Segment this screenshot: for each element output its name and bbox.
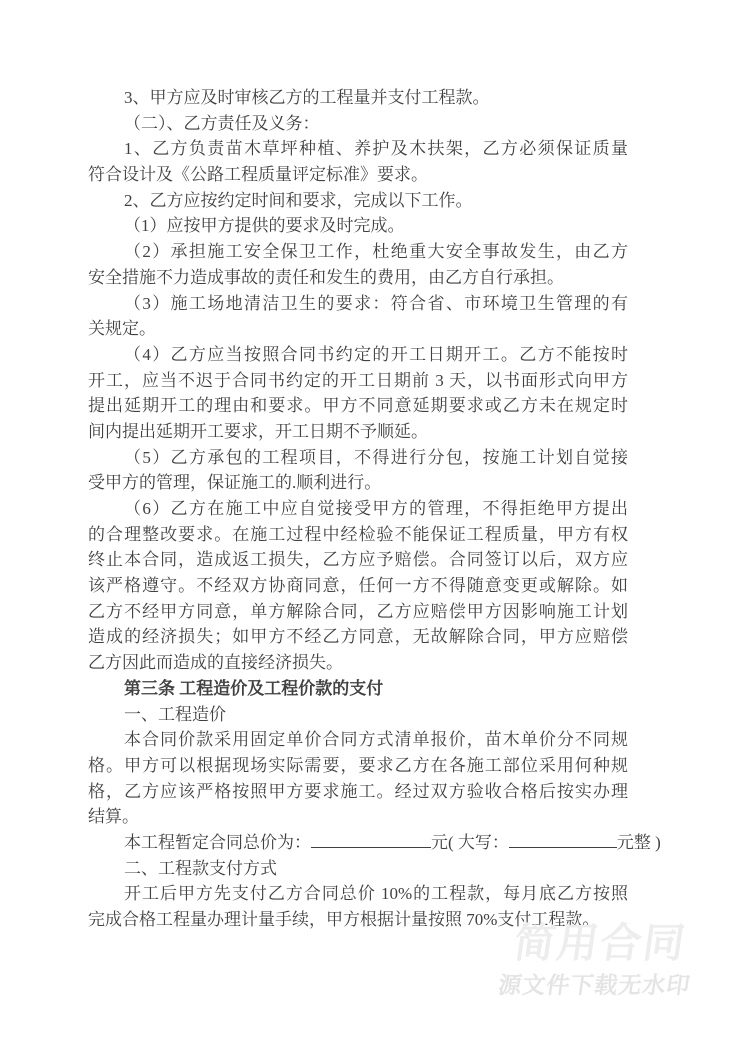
doc-line: 的合理整改要求。在施工过程中经检验不能保证工程质量，甲方有权	[88, 522, 628, 548]
doc-line: 结算。	[88, 804, 628, 830]
watermark: 简用合同 源文件下载无水印	[497, 923, 699, 997]
doc-line: 本合同价款采用固定单价合同方式清单报价，苗木单价分不同规	[88, 727, 628, 753]
doc-line: 乙方不经甲方同意，单方解除合同，乙方应赔偿甲方因影响施工计划	[88, 599, 628, 625]
doc-line: 提出延期开工的理由和要求。甲方不同意延期要求或乙方未在规定时	[88, 393, 628, 419]
document-body: 3、甲方应及时审核乙方的工程量并支付工程款。（二）、乙方责任及义务：1、乙方负责…	[88, 85, 628, 933]
doc-line: 间内提出延期开工要求，开工日期不予顺延。	[88, 419, 628, 445]
doc-line: 开工，应当不迟于合同书约定的开工日期前 3 天，以书面形式向甲方	[88, 368, 628, 394]
doc-line: 受甲方的管理，保证施工的.顺利进行。	[88, 470, 628, 496]
doc-line: 造成的经济损失；如甲方不经乙方同意，无故解除合同，甲方应赔偿	[88, 624, 628, 650]
doc-line: 关规定。	[88, 316, 628, 342]
doc-line: 安全措施不力造成事故的责任和发生的费用，由乙方自行承担。	[88, 265, 628, 291]
doc-line: 乙方因此而造成的直接经济损失。	[88, 650, 628, 676]
doc-line: 1、乙方负责苗木草坪种植、养护及木扶架，乙方必须保证质量	[88, 136, 628, 162]
doc-line: （5）乙方承包的工程项目，不得进行分包，按施工计划自觉接	[88, 445, 628, 471]
doc-line: 格，乙方应该严格按照甲方要求施工。经过双方验收合格后按实办理	[88, 779, 628, 805]
doc-line: 完成合格工程量办理计量手续，甲方根据计量按照 70%支付工程款。	[88, 907, 628, 933]
doc-line: 2、乙方应按约定时间和要求，完成以下工作。	[88, 188, 628, 214]
doc-line: 格。甲方可以根据现场实际需要，要求乙方在各施工部位采用何种规	[88, 753, 628, 779]
watermark-tagline-text: 源文件下载无水印	[497, 974, 692, 997]
fill-in-blank[interactable]	[509, 830, 617, 848]
contract-page: 3、甲方应及时审核乙方的工程量并支付工程款。（二）、乙方责任及义务：1、乙方负责…	[0, 0, 742, 1049]
doc-line: （6）乙方在施工中应自觉接受甲方的管理，不得拒绝甲方提出	[88, 496, 628, 522]
doc-line: 符合设计及《公路工程质量评定标准》要求。	[88, 162, 628, 188]
section-heading: 第三条 工程造价及工程价款的支付	[88, 676, 628, 702]
fill-in-blank[interactable]	[311, 830, 431, 848]
text-run: 元( 大写：	[431, 833, 509, 852]
fill-in-line: 本工程暂定合同总价为：元( 大写：元整 )	[88, 830, 628, 856]
doc-line: 该严格遵守。不经双方协商同意，任何一方不得随意变更或解除。如	[88, 573, 628, 599]
doc-line: 一、工程造价	[88, 702, 628, 728]
doc-line: （3）施工场地清洁卫生的要求：符合省、市环境卫生管理的有	[88, 291, 628, 317]
doc-line: 终止本合同，造成返工损失，乙方应予赔偿。合同签订以后，双方应	[88, 547, 628, 573]
doc-line: （1）应按甲方提供的要求及时完成。	[88, 213, 628, 239]
doc-line: （2）承担施工安全保卫工作，杜绝重大安全事故发生，由乙方	[88, 239, 628, 265]
text-run: 元整 )	[617, 833, 661, 852]
doc-line: （4）乙方应当按照合同书约定的开工日期开工。乙方不能按时	[88, 342, 628, 368]
doc-line: 二、工程款支付方式	[88, 856, 628, 882]
doc-line: （二）、乙方责任及义务：	[88, 111, 628, 137]
doc-line: 3、甲方应及时审核乙方的工程量并支付工程款。	[88, 85, 628, 111]
text-run: 本工程暂定合同总价为：	[124, 833, 311, 852]
doc-line: 开工后甲方先支付乙方合同总价 10%的工程款，每月底乙方按照	[88, 881, 628, 907]
